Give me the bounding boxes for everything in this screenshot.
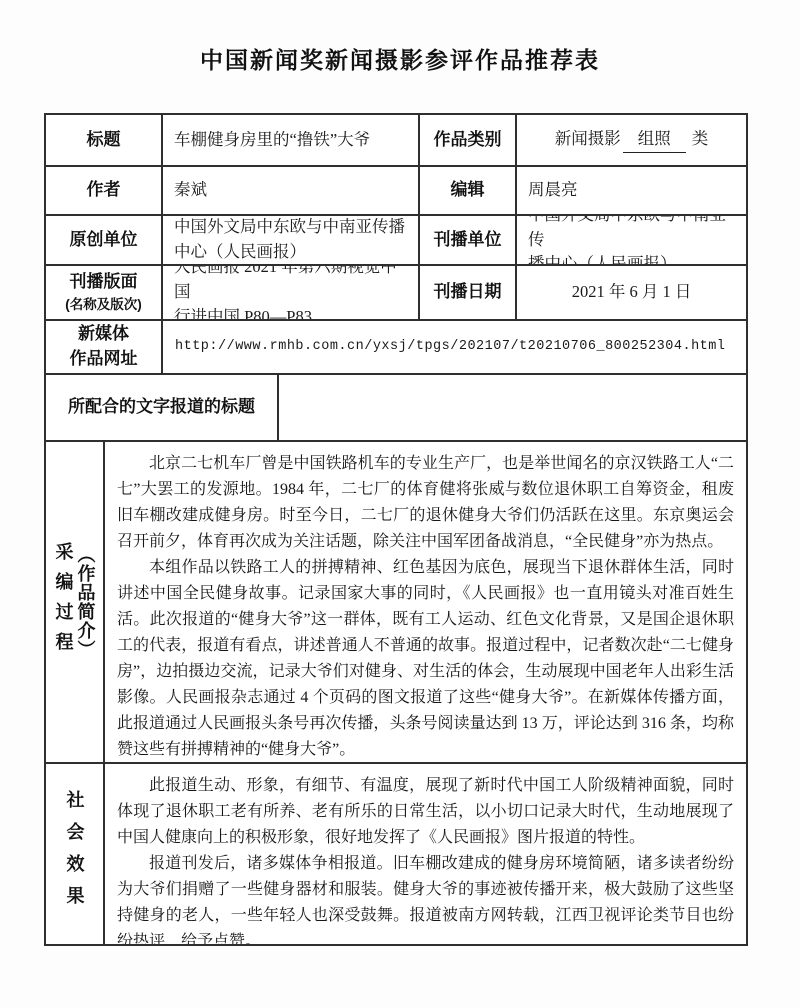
editor-value: 周晨亮 [517, 167, 746, 214]
layout-value: 人民画报 2021 年第六期视觉中国 行进中国 P80—P83 [163, 266, 420, 319]
origin-unit-label: 原创单位 [46, 216, 163, 264]
text-report-title-value [279, 375, 746, 440]
table-row: 社会效果 此报道生动、形象，有细节、有温度，展现了新时代中国工人阶级精神面貌，同… [46, 764, 746, 944]
process-label-paren: （作品简介） [75, 545, 97, 659]
layout-label-line1: 刊播版面 [70, 270, 138, 295]
author-label: 作者 [46, 167, 163, 214]
new-media-label-line2: 作品网址 [70, 347, 138, 372]
publish-date-value: 2021 年 6 月 1 日 [517, 266, 746, 319]
process-paragraph-2: 本组作品以铁路工人的拼搏精神、红色基因为底色，展现当下退休群体生活，同时讲述中国… [117, 555, 734, 762]
new-media-url-value: http://www.rmhb.com.cn/yxsj/tpgs/202107/… [163, 321, 746, 373]
effect-section-label: 社会效果 [46, 764, 105, 944]
process-paragraph-1: 北京二七机车厂曾是中国铁路机车的专业生产厂，也是举世闻名的京汉铁路工人“二七”大… [117, 451, 734, 555]
process-section-label: 采编过程 （作品简介） [46, 442, 105, 762]
process-label-main: 采编过程 [53, 542, 75, 662]
category-value-text: 新闻摄影组照类 [555, 127, 709, 153]
publish-unit-line1: 中国外文局中东欧与中南亚传 [528, 216, 736, 252]
category-prefix: 新闻摄影 [555, 129, 621, 148]
table-row: 标题 车棚健身房里的“撸铁”大爷 作品类别 新闻摄影组照类 [46, 115, 746, 167]
table-row: 所配合的文字报道的标题 [46, 375, 746, 442]
new-media-label-line1: 新媒体 [78, 322, 129, 347]
publish-unit-label: 刊播单位 [420, 216, 517, 264]
origin-unit-value: 中国外文局中东欧与中南亚传播 中心（人民画报） [163, 216, 420, 264]
effect-section-content: 此报道生动、形象，有细节、有温度，展现了新时代中国工人阶级精神面貌，同时体现了退… [105, 764, 746, 944]
effect-label: 社会效果 [64, 790, 86, 918]
title-label: 标题 [46, 115, 163, 165]
new-media-url-label: 新媒体 作品网址 [46, 321, 163, 373]
table-row: 采编过程 （作品简介） 北京二七机车厂曾是中国铁路机车的专业生产厂，也是举世闻名… [46, 442, 746, 764]
effect-paragraph-2: 报道刊发后，诸多媒体争相报道。旧车棚改建成的健身房环境简陋，诸多读者纷纷为大爷们… [117, 851, 734, 944]
editor-label: 编辑 [420, 167, 517, 214]
layout-value-line2: 行进中国 P80—P83 [174, 305, 408, 319]
table-row: 刊播版面 (名称及版次) 人民画报 2021 年第六期视觉中国 行进中国 P80… [46, 266, 746, 321]
text-report-title-label: 所配合的文字报道的标题 [46, 375, 279, 440]
category-underlined: 组照 [623, 127, 686, 153]
publish-date-label: 刊播日期 [420, 266, 517, 319]
layout-value-line1: 人民画报 2021 年第六期视觉中国 [174, 266, 408, 305]
category-value: 新闻摄影组照类 [517, 115, 746, 165]
author-value: 秦斌 [163, 167, 420, 214]
category-suffix: 类 [692, 129, 709, 148]
page-title: 中国新闻奖新闻摄影参评作品推荐表 [0, 42, 800, 75]
document-page: 中国新闻奖新闻摄影参评作品推荐表 标题 车棚健身房里的“撸铁”大爷 作品类别 新… [0, 0, 800, 1008]
table-row: 新媒体 作品网址 http://www.rmhb.com.cn/yxsj/tpg… [46, 321, 746, 375]
process-section-content: 北京二七机车厂曾是中国铁路机车的专业生产厂，也是举世闻名的京汉铁路工人“二七”大… [105, 442, 746, 762]
table-row: 原创单位 中国外文局中东欧与中南亚传播 中心（人民画报） 刊播单位 中国外文局中… [46, 216, 746, 266]
layout-label: 刊播版面 (名称及版次) [46, 266, 163, 319]
title-value: 车棚健身房里的“撸铁”大爷 [163, 115, 420, 165]
publish-unit-value: 中国外文局中东欧与中南亚传 播中心（人民画报） [517, 216, 746, 264]
effect-paragraph-1: 此报道生动、形象，有细节、有温度，展现了新时代中国工人阶级精神面貌，同时体现了退… [117, 773, 734, 851]
publish-unit-line2: 播中心（人民画报） [528, 252, 736, 264]
recommendation-form-table: 标题 车棚健身房里的“撸铁”大爷 作品类别 新闻摄影组照类 作者 秦斌 编辑 周… [44, 113, 748, 946]
origin-unit-line2: 中心（人民画报） [174, 240, 408, 264]
table-row: 作者 秦斌 编辑 周晨亮 [46, 167, 746, 216]
category-label: 作品类别 [420, 115, 517, 165]
origin-unit-line1: 中国外文局中东欧与中南亚传播 [174, 216, 408, 240]
layout-label-line2: (名称及版次) [65, 295, 142, 315]
